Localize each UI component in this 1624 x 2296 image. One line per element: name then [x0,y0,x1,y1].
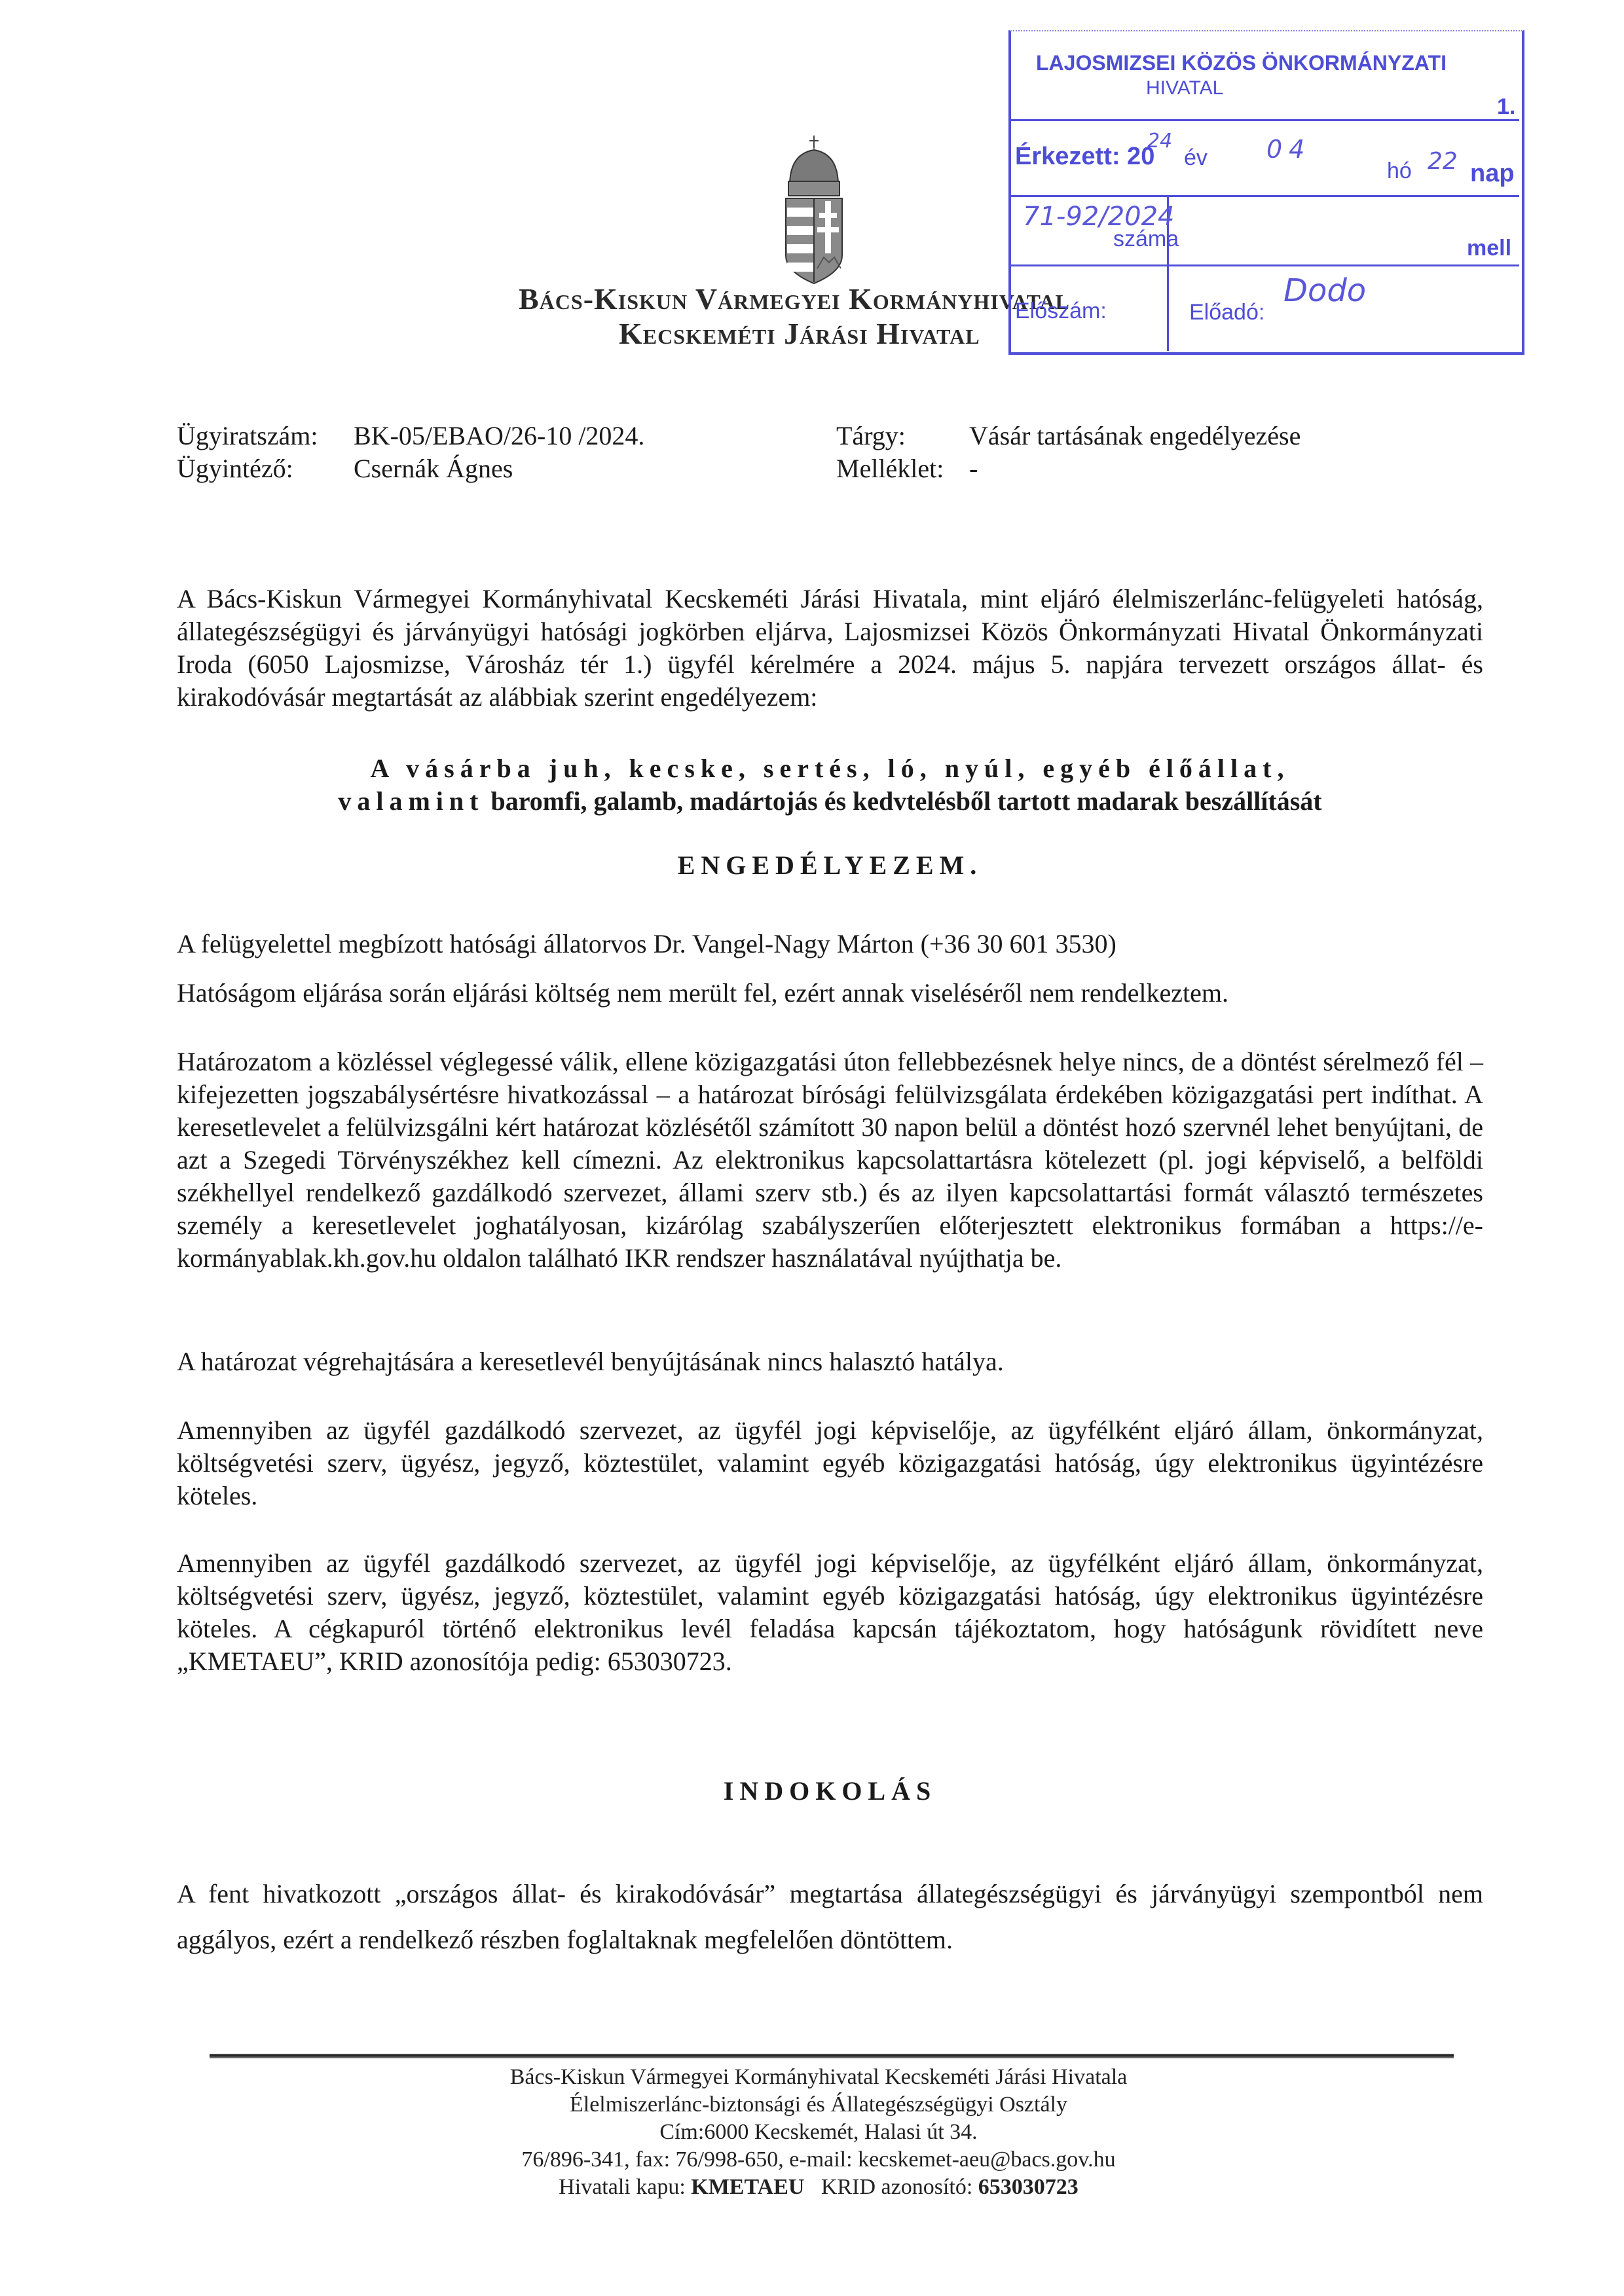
footer-divider [210,2054,1454,2058]
decision-line-1: A vásárba juh, kecske, sertés, ló, nyúl,… [177,753,1483,784]
reasoning-paragraph: A fent hivatkozott „országos állat- és k… [177,1871,1483,1963]
footer-kapu-label: Hivatali kapu: [559,2175,686,2199]
stamp-office-line2: HIVATAL [1146,77,1223,100]
stamp-file-number-label: száma [1113,227,1179,252]
suspension-paragraph: A határozat végrehajtására a keresetlevé… [177,1345,1483,1378]
footer-krid-value: 653030723 [978,2175,1079,2199]
footer-line-3: Cím:6000 Kecskemét, Halasi út 34. [196,2119,1441,2146]
footer-line-2: Élelmiszerlánc-biztonsági és Állategészs… [196,2091,1441,2119]
footer-line-5: Hivatali kapu: KMETAEU KRID azonosító: 6… [196,2174,1441,2201]
stamp-presenter-label: Előadó: [1189,300,1264,325]
header-line-1: Bács-Kiskun Vármegyei Kormányhivatal [519,282,1070,316]
stamp-month: 04 [1266,135,1311,164]
subject-label: Tárgy: [836,420,906,451]
case-number: BK-05/EBAO/26-10 /2024. [354,420,644,451]
header-line-2: Kecskeméti Járási Hivatal [619,316,980,351]
case-number-label: Ügyiratszám: [177,420,318,451]
stamp-day: 22 [1428,148,1458,175]
decision-title: ENGEDÉLYEZEM. [177,850,1483,881]
intro-paragraph: A Bács-Kiskun Vármegyei Kormányhivatal K… [177,583,1483,714]
electronic-paragraph-1: Amennyiben az ügyfél gazdálkodó szerveze… [177,1414,1483,1512]
attachment-label: Melléklet: [836,453,944,484]
stamp-received-label: Érkezett: 20 [1015,143,1154,171]
stamp-office-line1: LAJOSMIZSEI KÖZÖS ÖNKORMÁNYZATI [1036,51,1447,75]
footer-kapu-value: KMETAEU [691,2175,804,2199]
reasoning-title: INDOKOLÁS [177,1776,1483,1806]
cost-paragraph: Hatóságom eljárása során eljárási költsé… [177,977,1483,1010]
footer-line-4: 76/896-341, fax: 76/998-650, e-mail: kec… [196,2146,1441,2174]
handler: Csernák Ágnes [354,453,513,484]
hungarian-coat-of-arms-icon [778,134,850,285]
stamp-prenumber-label: Előszám: [1015,299,1107,324]
vet-paragraph: A felügyelettel megbízott hatósági állat… [177,928,1483,960]
decision-line-2-spaced: valamint [338,786,484,816]
stamp-day-label: nap [1470,160,1515,188]
decision-line-2: valamint baromfi, galamb, madártojás és … [177,786,1483,816]
footer-krid-label: KRID azonosító: [821,2175,972,2199]
appeal-paragraph: Határozatom a közléssel véglegessé válik… [177,1046,1483,1275]
stamp-presenter-signature: Dodo [1283,272,1366,309]
stamp-month-label: hó [1387,158,1412,184]
electronic-paragraph-2: Amennyiben az ügyfél gazdálkodó szerveze… [177,1547,1483,1678]
attachment: - [969,453,978,484]
stamp-year-label: év [1184,145,1208,171]
stamp-copy-number: 1. [1497,94,1515,120]
registration-stamp: LAJOSMIZSEI KÖZÖS ÖNKORMÁNYZATI HIVATAL … [1008,30,1532,357]
footer-line-1: Bács-Kiskun Vármegyei Kormányhivatal Kec… [196,2064,1441,2091]
stamp-attachment-label: mell [1467,236,1511,261]
handler-label: Ügyintéző: [177,453,293,484]
subject: Vásár tartásának engedélyezése [969,420,1301,451]
stamp-received-year: 24 [1147,130,1172,153]
decision-line-2-rest: baromfi, galamb, madártojás és kedvtelés… [490,786,1321,816]
